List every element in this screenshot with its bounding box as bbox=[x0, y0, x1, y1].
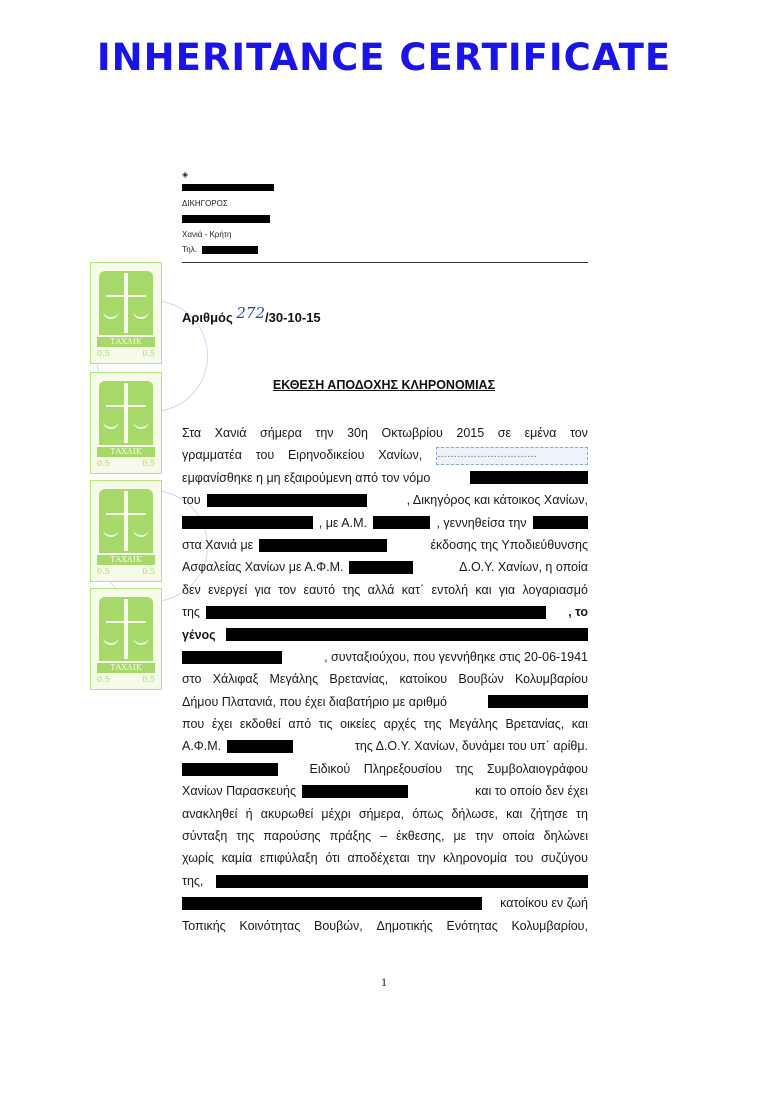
body-text-word: μέχρι bbox=[321, 803, 350, 825]
stamp-value: 0.5 bbox=[142, 349, 155, 358]
body-text-word: , το bbox=[568, 601, 588, 623]
body-line: εμφανίσθηκε η μη εξαιρούμενη από τον νόμ… bbox=[182, 467, 588, 489]
reference-number: Αριθμός 272/30-10-15 bbox=[182, 308, 321, 326]
body-text-word: όπως bbox=[412, 803, 443, 825]
body-line: του , Δικηγόρος και κάτοικος Χανίων, bbox=[182, 489, 588, 511]
redacted-text bbox=[302, 785, 408, 798]
body-line: , συνταξιούχου, που γεννήθηκε στις 20-06… bbox=[182, 646, 588, 668]
body-text-word: την bbox=[417, 847, 435, 869]
stamp-label: ΤΑΧΔΙΚ bbox=[97, 447, 155, 457]
body-text-word: έχει bbox=[212, 713, 232, 735]
redacted-text bbox=[349, 561, 413, 574]
body-text-word: Κολυμβαρίου bbox=[515, 668, 588, 690]
body-text-word: της, bbox=[182, 870, 203, 892]
body-line: της, bbox=[182, 870, 588, 892]
redacted-text bbox=[470, 471, 588, 484]
body-text-word: Χάλιφαξ bbox=[213, 668, 259, 690]
body-text-word: εαυτό bbox=[304, 579, 336, 601]
redacted-text bbox=[373, 516, 430, 529]
body-text-word: της bbox=[236, 825, 254, 847]
body-text-word: έκδοσης της Υποδιεύθυνσης bbox=[430, 534, 588, 556]
body-text-word: – bbox=[380, 825, 387, 847]
body-line: γραμματέατουΕιρηνοδικείουΧανίων, …………………… bbox=[182, 444, 588, 466]
body-text-word: σύνταξη bbox=[182, 825, 227, 847]
body-text-word: , γεννηθείσα την bbox=[436, 512, 526, 534]
body-text-word: για bbox=[255, 579, 271, 601]
body-text-word: κατοίκου bbox=[399, 668, 447, 690]
body-text-word: του bbox=[182, 489, 201, 511]
body-text-word: για bbox=[499, 579, 515, 601]
body-text-word: Ειρηνοδικείου bbox=[288, 444, 365, 466]
body-line: χωρίςκαμίαεπιφύλαξηότιαποδέχεταιτηνκληρο… bbox=[182, 847, 588, 869]
document-body: ΣταΧανιάσήμερατην30ηΟκτωβρίου2015σεεμένα… bbox=[182, 422, 588, 937]
body-line: Ασφαλείας Χανίων με Α.Φ.Μ. Δ.Ο.Υ. Χανίων… bbox=[182, 556, 588, 578]
body-text-word: αποδέχεται bbox=[348, 847, 410, 869]
body-text-word: εμένα bbox=[525, 422, 557, 444]
body-text-word: της bbox=[424, 713, 442, 735]
body-text-word: 2015 bbox=[456, 422, 484, 444]
letterhead-profession: ΔΙΚΗΓΟΡΟΣ bbox=[182, 199, 228, 208]
redacted-text bbox=[206, 606, 546, 619]
body-text-word: της bbox=[182, 601, 200, 623]
body-text-word: δηλώνει bbox=[544, 825, 588, 847]
body-text-word: κληρονομία bbox=[443, 847, 507, 869]
body-text-word: από bbox=[288, 713, 311, 735]
body-text-word: ακυρωθεί bbox=[261, 803, 313, 825]
body-text-word: Βουβών bbox=[458, 668, 503, 690]
body-text-word: παρούσης bbox=[263, 825, 320, 847]
body-line: Α.Φ.Μ. της Δ.Ο.Υ. Χανίων, δυνάμει του υπ… bbox=[182, 735, 588, 757]
body-line: στα Χανιά με έκδοσης της Υποδιεύθυνσης bbox=[182, 534, 588, 556]
body-text-word: επιφύλαξη bbox=[260, 847, 318, 869]
letterhead-divider bbox=[182, 262, 588, 263]
body-line: ανακληθείήακυρωθείμέχρισήμερα,όπωςδήλωσε… bbox=[182, 803, 588, 825]
body-text-word: Μεγάλης bbox=[269, 668, 318, 690]
body-line: ΤοπικήςΚοινότηταςΒουβών,ΔημοτικήςΕνότητα… bbox=[182, 915, 588, 937]
body-line: Ειδικού Πληρεξουσίου της Συμβολαιογράφου bbox=[182, 758, 588, 780]
body-text-word: ζήτησε bbox=[530, 803, 567, 825]
body-text-word: γραμματέα bbox=[182, 444, 242, 466]
document-banner-title: INHERITANCE CERTIFICATE bbox=[0, 36, 768, 79]
body-text-word: εμφανίσθηκε η μη εξαιρούμενη από τον νόμ… bbox=[182, 467, 430, 489]
redacted-text bbox=[182, 651, 282, 664]
body-line: Δήμου Πλατανιά, που έχει διαβατήριο με α… bbox=[182, 691, 588, 713]
body-text-word: , Δικηγόρος και κάτοικος Χανίων, bbox=[407, 489, 588, 511]
body-text-word: σε bbox=[498, 422, 511, 444]
letterhead-mark: ◈ bbox=[182, 170, 188, 179]
body-text-word: και bbox=[572, 713, 588, 735]
body-text-word: που bbox=[182, 713, 204, 735]
redacted-text bbox=[207, 494, 367, 507]
body-text-word: Τοπικής bbox=[182, 915, 226, 937]
redacted-text bbox=[488, 695, 588, 708]
revenue-stamp: ΤΑΧΔΙΚ 0.50.5 bbox=[90, 588, 162, 690]
stamp-value: 0.5 bbox=[97, 567, 110, 576]
revenue-stamp: ΤΑΧΔΙΚ 0.50.5 bbox=[90, 480, 162, 582]
body-text-word: οικείες bbox=[340, 713, 376, 735]
body-text-word: Χανιά bbox=[215, 422, 247, 444]
body-text-word: Βουβών, bbox=[314, 915, 363, 937]
body-text-word: αρχές bbox=[384, 713, 417, 735]
body-text-word: στα Χανιά με bbox=[182, 534, 253, 556]
body-text-word: εντολή bbox=[432, 579, 469, 601]
body-text-word: συζύγου bbox=[541, 847, 588, 869]
body-text-word: αλλά bbox=[368, 579, 395, 601]
body-text-word: Στα bbox=[182, 422, 201, 444]
body-text-word: δεν bbox=[182, 579, 201, 601]
body-line: σύνταξητηςπαρούσηςπράξης–έκθεσης,μετηνοπ… bbox=[182, 825, 588, 847]
redacted-lawyer-name bbox=[182, 183, 274, 192]
redacted-phone bbox=[202, 246, 258, 254]
stamp-value: 0.5 bbox=[142, 567, 155, 576]
letterhead-phone: Τηλ. bbox=[182, 245, 258, 254]
body-line: δενενεργείγιατονεαυτότηςαλλάκατ΄εντολήκα… bbox=[182, 579, 588, 601]
body-text-word: τις bbox=[319, 713, 333, 735]
body-line: , με Α.Μ. , γεννηθείσα την bbox=[182, 512, 588, 534]
stamp-label: ΤΑΧΔΙΚ bbox=[97, 663, 155, 673]
body-text-word: και bbox=[475, 579, 491, 601]
body-text-word: Ενότητας bbox=[447, 915, 498, 937]
body-text-word: χωρίς bbox=[182, 847, 214, 869]
stamp-label: ΤΑΧΔΙΚ bbox=[97, 337, 155, 347]
body-text-word: με bbox=[453, 825, 466, 847]
body-text-word: στο bbox=[182, 668, 201, 690]
reference-label: Αριθμός bbox=[182, 310, 233, 325]
body-text-word: εκδοθεί bbox=[240, 713, 281, 735]
body-text-word: οποία bbox=[502, 825, 534, 847]
body-text-word: πράξης bbox=[330, 825, 372, 847]
body-text-word: τον bbox=[570, 422, 588, 444]
body-text-word: σήμερα, bbox=[359, 803, 404, 825]
stamp-value: 0.5 bbox=[97, 675, 110, 684]
redacted-text bbox=[533, 516, 588, 529]
body-text-word: ενεργεί bbox=[208, 579, 247, 601]
body-text-word: Δ.Ο.Υ. Χανίων, η οποία bbox=[459, 556, 588, 578]
body-text-word: καμία bbox=[222, 847, 253, 869]
body-text-word: Οκτωβρίου bbox=[381, 422, 442, 444]
body-text-word: του bbox=[256, 444, 275, 466]
body-text-word: 30η bbox=[347, 422, 368, 444]
page-number: 1 bbox=[0, 975, 768, 990]
body-text-word: Χανίων, bbox=[378, 444, 422, 466]
stamp-value: 0.5 bbox=[97, 349, 110, 358]
body-text-word: την bbox=[475, 825, 493, 847]
redacted-address bbox=[182, 214, 270, 223]
body-text-word: Βρετανίας, bbox=[329, 668, 388, 690]
redacted-text bbox=[182, 897, 482, 910]
body-text-word: δήλωσε, bbox=[451, 803, 498, 825]
body-text-word: κατοίκου εν ζωή bbox=[500, 892, 588, 914]
body-line: Χανίων Παρασκευής και το οποίο δεν έχει bbox=[182, 780, 588, 802]
reference-date: /30-10-15 bbox=[265, 310, 321, 325]
stamp-label: ΤΑΧΔΙΚ bbox=[97, 555, 155, 565]
body-text-word: την bbox=[315, 422, 333, 444]
body-text-word: ανακληθεί bbox=[182, 803, 237, 825]
body-text-word: και το οποίο δεν έχει bbox=[475, 780, 588, 802]
body-text-word: ότι bbox=[325, 847, 340, 869]
body-text-word: λογαριασμό bbox=[522, 579, 587, 601]
body-text-word: Δήμου Πλατανιά, που έχει διαβατήριο με α… bbox=[182, 691, 447, 713]
body-line: της , το bbox=[182, 601, 588, 623]
body-text-word: σήμερα bbox=[260, 422, 302, 444]
body-line: κατοίκου εν ζωή bbox=[182, 892, 588, 914]
stamp-value: 0.5 bbox=[97, 459, 110, 468]
body-text-word: Ασφαλείας Χανίων με Α.Φ.Μ. bbox=[182, 556, 343, 578]
document-title: ΕΚΘΕΣΗ ΑΠΟΔΟΧΗΣ ΚΛΗΡΟΝΟΜΙΑΣ bbox=[0, 378, 768, 392]
body-line: στοΧάλιφαξΜεγάληςΒρετανίας,κατοίκουΒουβώ… bbox=[182, 668, 588, 690]
redacted-text bbox=[226, 628, 588, 641]
body-text-word: έκθεσης, bbox=[396, 825, 444, 847]
body-line: πουέχειεκδοθείαπότιςοικείεςαρχέςτηςΜεγάλ… bbox=[182, 713, 588, 735]
letterhead-location: Χανιά - Κρήτη bbox=[182, 230, 231, 239]
body-text-word: τον bbox=[278, 579, 296, 601]
redacted-text bbox=[227, 740, 293, 753]
body-text-word: , με Α.Μ. bbox=[319, 512, 367, 534]
body-text-word: Κολυμβαρίου, bbox=[512, 915, 588, 937]
stamp-value: 0.5 bbox=[142, 675, 155, 684]
redacted-text bbox=[259, 539, 387, 552]
handwritten-number: 272 bbox=[236, 304, 265, 322]
redacted-text bbox=[216, 875, 588, 888]
body-text-word: Δημοτικής bbox=[377, 915, 433, 937]
body-text-word: κατ΄ bbox=[402, 579, 424, 601]
body-text-word: ή bbox=[246, 803, 253, 825]
body-line: ΣταΧανιάσήμερατην30ηΟκτωβρίου2015σεεμένα… bbox=[182, 422, 588, 444]
redacted-text bbox=[182, 763, 278, 776]
stamp-value: 0.5 bbox=[142, 459, 155, 468]
body-text-word: της bbox=[342, 579, 360, 601]
body-text-word: του bbox=[515, 847, 534, 869]
redacted-text bbox=[182, 516, 313, 529]
body-text-word: γένος bbox=[182, 624, 216, 646]
phone-label: Τηλ. bbox=[182, 245, 197, 254]
body-text-word: της Δ.Ο.Υ. Χανίων, δυνάμει του υπ΄ αρίθμ… bbox=[355, 735, 588, 757]
body-text-word: Βρετανίας, bbox=[505, 713, 564, 735]
body-text-word: Ειδικού Πληρεξουσίου της Συμβολαιογράφου bbox=[310, 758, 588, 780]
body-text-word: Χανίων Παρασκευής bbox=[182, 780, 296, 802]
body-text-word: Μεγάλης bbox=[449, 713, 498, 735]
body-text-word: και bbox=[506, 803, 522, 825]
body-text-word: τη bbox=[576, 803, 588, 825]
body-text-word: Κοινότητας bbox=[239, 915, 300, 937]
secretary-signature-stamp: ………………………… bbox=[436, 447, 588, 465]
revenue-stamp: ΤΑΧΔΙΚ 0.50.5 bbox=[90, 262, 162, 364]
body-text-word: , συνταξιούχου, που γεννήθηκε στις 20-06… bbox=[324, 646, 588, 668]
body-text-word: Α.Φ.Μ. bbox=[182, 735, 221, 757]
body-line: γένος bbox=[182, 624, 588, 646]
